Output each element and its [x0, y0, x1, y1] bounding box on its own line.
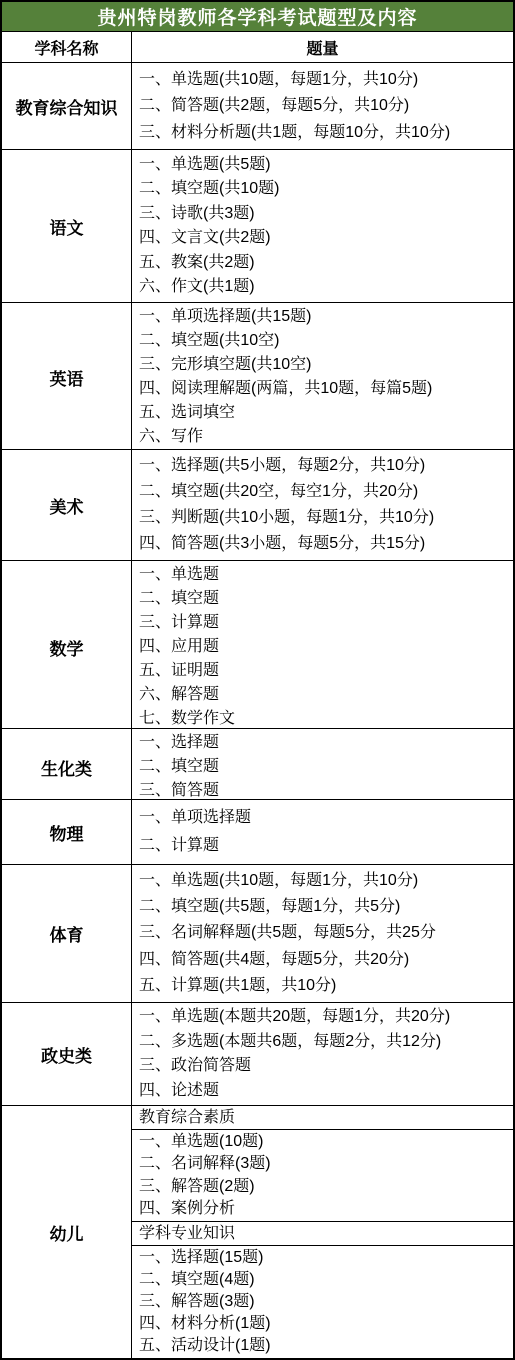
section-header: 教育综合素质: [132, 1106, 513, 1130]
question-list: 一、单选题(共10题，每题1分，共10分)二、简答题(共2题，每题5分，共10分…: [132, 63, 513, 149]
question-item: 二、名词解释(3题): [139, 1153, 509, 1175]
question-item: 三、材料分析题(共1题，每题10分，共10分): [139, 121, 509, 145]
question-list: 一、单项选择题二、计算题: [132, 800, 513, 864]
question-list: 一、单选题(共10题，每题1分，共10分)二、填空题(共5题，每题1分，共5分)…: [132, 865, 513, 1002]
question-item: 七、数学作文: [139, 707, 509, 731]
question-list: 一、单选题二、填空题三、计算题四、应用题五、证明题六、解答题七、数学作文: [132, 561, 513, 733]
question-item: 二、多选题(本题共6题，每题2分，共12分): [139, 1030, 509, 1054]
question-item: 六、写作: [139, 425, 509, 449]
subject-name: 物理: [2, 800, 132, 864]
question-item: 四、材料分析(1题): [139, 1313, 509, 1335]
question-item: 六、解答题: [139, 683, 509, 707]
question-item: 一、单选题: [139, 563, 509, 587]
question-item: 一、单选题(共10题，每题1分，共10分): [139, 68, 509, 92]
question-item: 三、判断题(共10小题，每题1分，共10分): [139, 506, 509, 530]
question-item: 五、活动设计(1题): [139, 1335, 509, 1357]
question-item: 二、填空题: [139, 587, 509, 611]
section-question-list: 一、选择题(15题)二、填空题(4题)三、解答题(3题)四、材料分析(1题)五、…: [132, 1246, 513, 1358]
table-row: 数学一、单选题二、填空题三、计算题四、应用题五、证明题六、解答题七、数学作文: [2, 560, 513, 728]
question-item: 一、单选题(共5题): [139, 153, 509, 177]
question-item: 一、选择题(共5小题，每题2分，共10分): [139, 454, 509, 478]
column-header-row: 学科名称 题量: [2, 31, 513, 62]
question-list: 一、选择题二、填空题三、简答题: [132, 729, 513, 805]
question-item: 三、政治简答题: [139, 1054, 509, 1078]
subject-name: 政史类: [2, 1003, 132, 1105]
question-item: 四、阅读理解题(两篇，共10题，每篇5题): [139, 377, 509, 401]
question-list: 一、单项选择题(共15题)二、填空题(共10空)三、完形填空题(共10空)四、阅…: [132, 303, 513, 451]
subject-name: 教育综合知识: [2, 63, 132, 149]
question-item: 一、选择题(15题): [139, 1247, 509, 1269]
question-item: 三、计算题: [139, 611, 509, 635]
subject-name: 数学: [2, 561, 132, 733]
question-item: 四、简答题(共4题，每题5分，共20分): [139, 948, 509, 972]
section-question-list: 一、单选题(10题)二、名词解释(3题)三、解答题(2题)四、案例分析: [132, 1130, 513, 1222]
column-header-quantity: 题量: [132, 32, 513, 62]
question-item: 一、单选题(本题共20题，每题1分，共20分): [139, 1005, 509, 1029]
table-row: 美术一、选择题(共5小题，每题2分，共10分)二、填空题(共20空，每空1分，共…: [2, 449, 513, 560]
table-row: 政史类一、单选题(本题共20题，每题1分，共20分)二、多选题(本题共6题，每题…: [2, 1002, 513, 1105]
question-list: 一、单选题(本题共20题，每题1分，共20分)二、多选题(本题共6题，每题2分，…: [132, 1003, 513, 1105]
table-body: 教育综合知识一、单选题(共10题，每题1分，共10分)二、简答题(共2题，每题5…: [2, 62, 513, 1358]
exam-question-table: 贵州特岗教师各学科考试题型及内容 学科名称 题量 教育综合知识一、单选题(共10…: [0, 0, 515, 1360]
question-item: 三、完形填空题(共10空): [139, 353, 509, 377]
subject-name: 体育: [2, 865, 132, 1002]
table-row: 语文一、单选题(共5题)二、填空题(共10题)三、诗歌(共3题)四、文言文(共2…: [2, 149, 513, 302]
question-item: 二、填空题: [139, 755, 509, 779]
subject-name: 美术: [2, 450, 132, 560]
question-item: 四、案例分析: [139, 1198, 509, 1220]
table-row: 生化类一、选择题二、填空题三、简答题: [2, 728, 513, 799]
question-item: 四、论述题: [139, 1079, 509, 1103]
question-item: 二、简答题(共2题，每题5分，共10分): [139, 94, 509, 118]
table-row: 英语一、单项选择题(共15题)二、填空题(共10空)三、完形填空题(共10空)四…: [2, 302, 513, 449]
question-item: 二、计算题: [139, 834, 509, 858]
question-list: 教育综合素质一、单选题(10题)二、名词解释(3题)三、解答题(2题)四、案例分…: [132, 1106, 513, 1358]
question-item: 三、解答题(3题): [139, 1291, 509, 1313]
question-item: 一、单选题(10题): [139, 1131, 509, 1153]
column-header-subject: 学科名称: [2, 32, 132, 62]
subject-name: 幼儿: [2, 1106, 132, 1358]
subject-name: 语文: [2, 150, 132, 302]
question-item: 一、单选题(共10题，每题1分，共10分): [139, 869, 509, 893]
section-header: 学科专业知识: [132, 1222, 513, 1246]
question-item: 六、作文(共1题): [139, 275, 509, 299]
question-item: 三、诗歌(共3题): [139, 202, 509, 226]
table-title: 贵州特岗教师各学科考试题型及内容: [2, 2, 513, 31]
table-row: 教育综合知识一、单选题(共10题，每题1分，共10分)二、简答题(共2题，每题5…: [2, 62, 513, 149]
subject-name: 英语: [2, 303, 132, 451]
question-list: 一、单选题(共5题)二、填空题(共10题)三、诗歌(共3题)四、文言文(共2题)…: [132, 150, 513, 302]
question-item: 四、应用题: [139, 635, 509, 659]
question-list: 一、选择题(共5小题，每题2分，共10分)二、填空题(共20空，每空1分，共20…: [132, 450, 513, 560]
question-item: 一、选择题: [139, 731, 509, 755]
question-item: 五、教案(共2题): [139, 251, 509, 275]
question-item: 四、文言文(共2题): [139, 226, 509, 250]
question-item: 一、单项选择题: [139, 806, 509, 830]
question-item: 五、计算题(共1题，共10分): [139, 974, 509, 998]
question-item: 二、填空题(共10空): [139, 329, 509, 353]
table-row: 幼儿教育综合素质一、单选题(10题)二、名词解释(3题)三、解答题(2题)四、案…: [2, 1105, 513, 1358]
table-row: 物理一、单项选择题二、计算题: [2, 799, 513, 864]
question-item: 二、填空题(共20空，每空1分，共20分): [139, 480, 509, 504]
subject-name: 生化类: [2, 729, 132, 805]
question-item: 二、填空题(共5题，每题1分，共5分): [139, 895, 509, 919]
question-item: 二、填空题(4题): [139, 1269, 509, 1291]
question-item: 三、名词解释题(共5题，每题5分，共25分: [139, 921, 509, 945]
question-item: 五、选词填空: [139, 401, 509, 425]
question-item: 三、解答题(2题): [139, 1176, 509, 1198]
question-item: 四、简答题(共3小题，每题5分，共15分): [139, 532, 509, 556]
question-item: 一、单项选择题(共15题): [139, 305, 509, 329]
question-item: 二、填空题(共10题): [139, 177, 509, 201]
table-row: 体育一、单选题(共10题，每题1分，共10分)二、填空题(共5题，每题1分，共5…: [2, 864, 513, 1002]
question-item: 五、证明题: [139, 659, 509, 683]
